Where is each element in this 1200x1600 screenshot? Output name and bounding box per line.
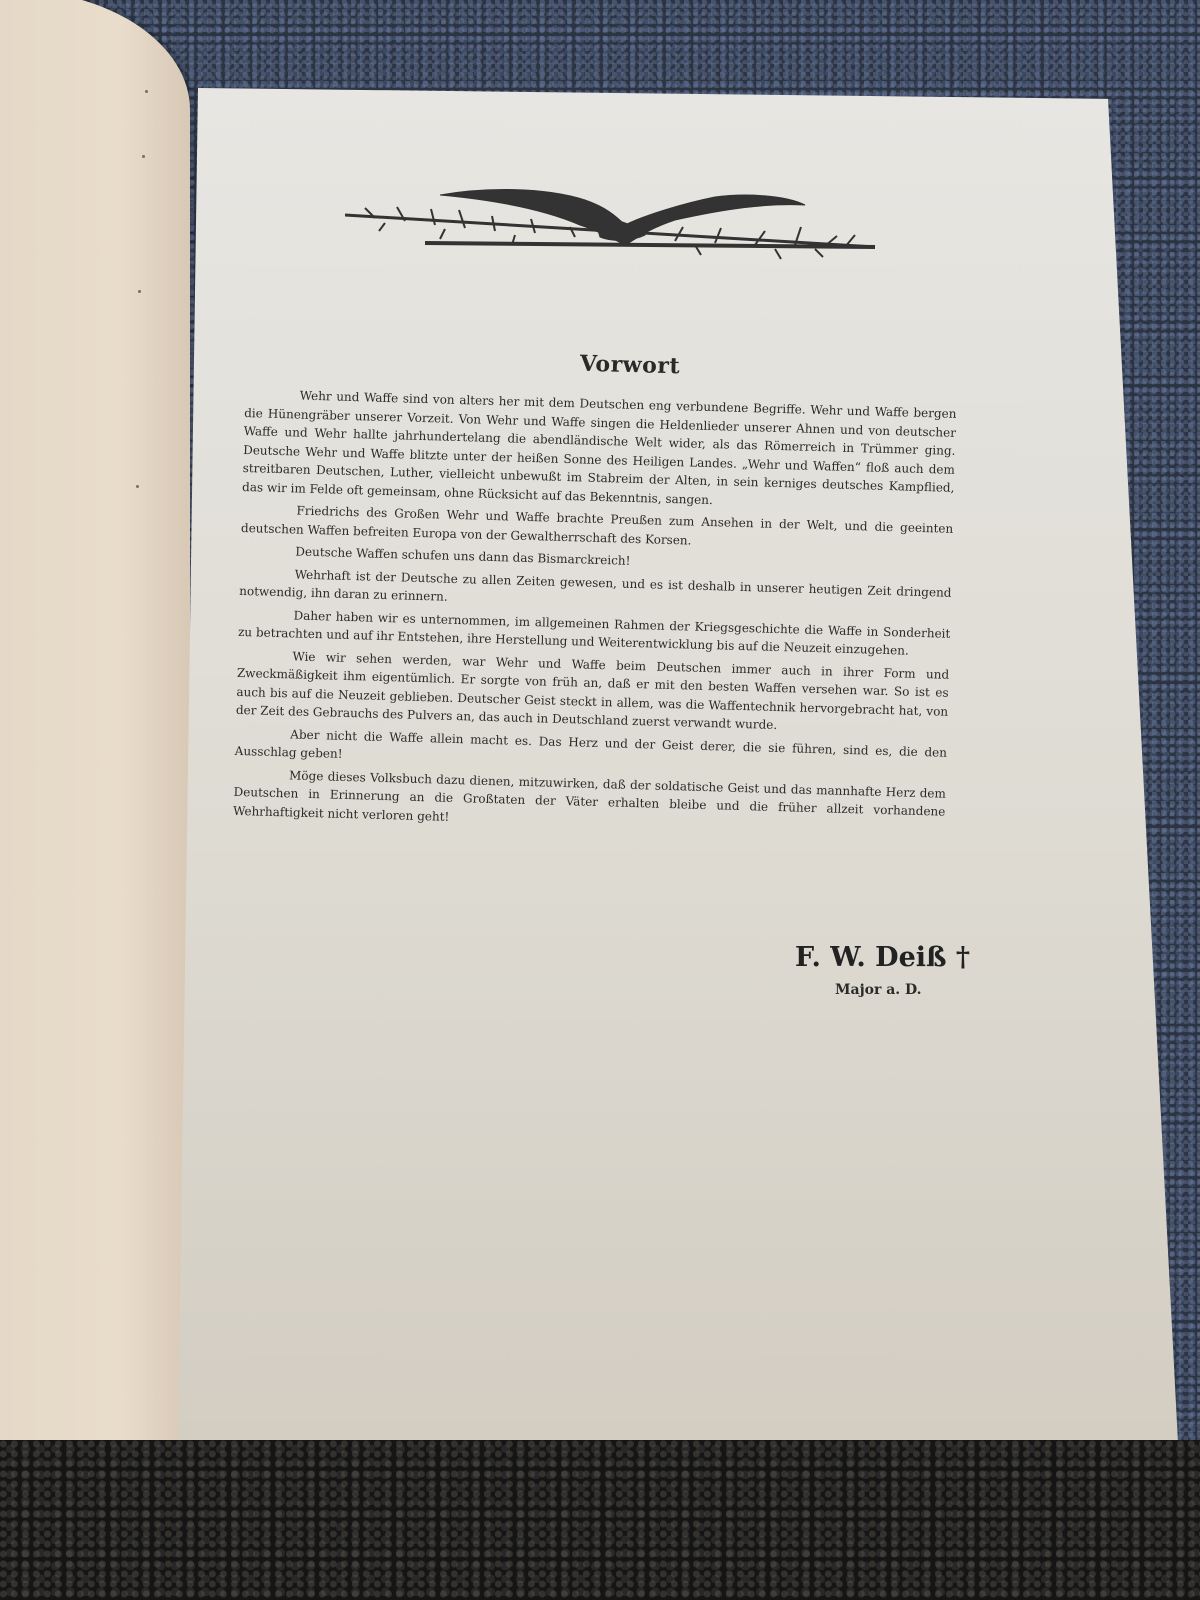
left-page (0, 0, 190, 1470)
author-rank: Major a. D. (835, 982, 922, 998)
binding-speck (145, 90, 148, 93)
author-signature: F. W. Deiß † (795, 942, 970, 973)
binding-speck (138, 290, 141, 293)
paragraph: Wie wir sehen werden, war Wehr und Waffe… (236, 645, 950, 739)
preface-body: Wehr und Waffe sind von alters her mit d… (233, 385, 957, 844)
binding-speck (142, 155, 145, 158)
carpet-background (0, 1440, 1200, 1600)
binding-speck (136, 485, 139, 488)
eagle-with-laurel-branch-icon (345, 185, 890, 265)
paragraph: Wehr und Waffe sind von alters her mit d… (242, 385, 957, 516)
